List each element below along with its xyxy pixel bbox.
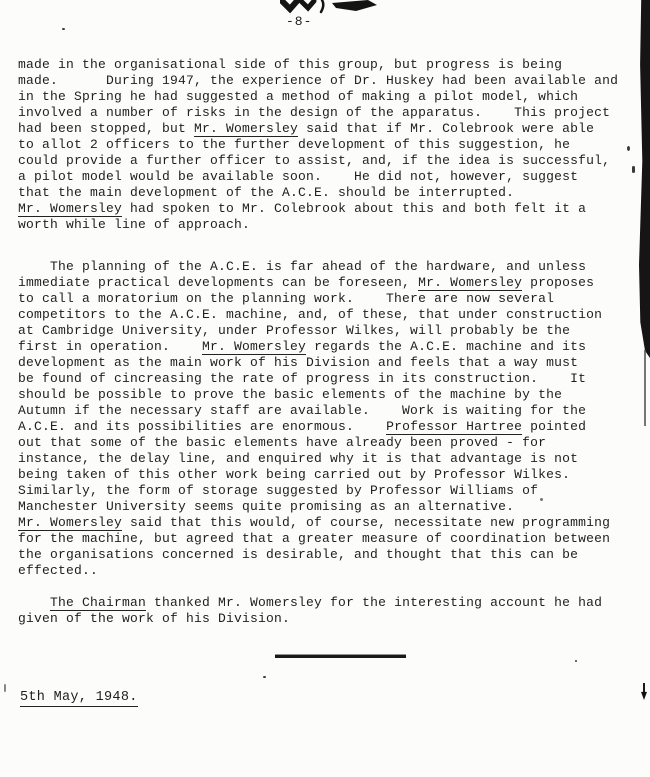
text-line: The planning of the A.C.E. is far ahead … [18,259,634,275]
document-text: made in the organisational side of this … [18,57,634,627]
text-line: immediate practical developments can be … [18,275,634,291]
text-line: first in operation. Mr. Womersley regard… [18,339,634,355]
text-line: The Chairman thanked Mr. Womersley for t… [18,595,634,611]
text-segment: to allot 2 officers to the further devel… [18,137,570,152]
ink-arrow-mark [641,683,647,700]
text-segment: at Cambridge University, under Professor… [18,323,570,338]
text-line: the organisations concerned is desirable… [18,547,634,563]
paragraph: The planning of the A.C.E. is far ahead … [18,259,634,579]
text-line: made. During 1947, the experience of Dr.… [18,73,634,89]
document-page: -8- made in the organisational side of t… [0,0,650,777]
text-segment: worth while line of approach. [18,217,250,232]
text-segment: being taken of this other work being car… [18,467,570,482]
text-line: a pilot model would be available soon. H… [18,169,634,185]
text-segment [18,595,50,610]
text-line: given of the work of his Division. [18,611,634,627]
section-divider-rule [275,655,406,658]
document-date: 5th May, 1948. [20,690,138,707]
text-segment: a pilot model would be available soon. H… [18,169,578,184]
text-line: worth while line of approach. [18,217,634,233]
text-line: Mr. Womersley said that this would, of c… [18,515,634,531]
text-segment: immediate practical developments can be … [18,275,418,290]
text-line: for the machine, but agreed that a great… [18,531,634,547]
text-segment: thanked Mr. Womersley for the interestin… [146,595,602,610]
text-line: in the Spring he had suggested a method … [18,89,634,105]
text-segment: to call a moratorium on the planning wor… [18,291,554,306]
paragraph: The Chairman thanked Mr. Womersley for t… [18,595,634,627]
text-line: be found of cincreasing the rate of prog… [18,371,634,387]
underlined-text: Mr. Womersley [18,515,122,531]
text-segment: the organisations concerned is desirable… [18,547,578,562]
page-number: -8- [286,14,312,29]
ink-speck [263,676,266,678]
text-segment: said that if Mr. Colebrook were able [298,121,594,136]
ink-speck [540,498,543,501]
text-segment: Similarly, the form of storage suggested… [18,483,538,498]
text-line: to call a moratorium on the planning wor… [18,291,634,307]
underlined-text: Mr. Womersley [418,275,522,291]
text-segment: be found of cincreasing the rate of prog… [18,371,586,386]
text-line: made in the organisational side of this … [18,57,634,73]
text-segment: in the Spring he had suggested a method … [18,89,578,104]
text-segment: for the machine, but agreed that a great… [18,531,610,546]
text-segment: regards the A.C.E. machine and its [306,339,586,354]
text-segment: should be possible to prove the basic el… [18,387,562,402]
text-segment: first in operation. [18,339,202,354]
text-segment: Manchester University seems quite promis… [18,499,514,514]
text-segment: had spoken to Mr. Colebrook about this a… [122,201,586,216]
text-segment: could provide a further officer to assis… [18,153,610,168]
underlined-text: The Chairman [50,595,146,611]
text-segment: instance, the delay line, and enquired w… [18,451,578,466]
text-line: to allot 2 officers to the further devel… [18,137,634,153]
text-line: being taken of this other work being car… [18,467,634,483]
text-segment: effected.. [18,563,98,578]
text-segment: had been stopped, but [18,121,194,136]
ink-speck [632,166,635,173]
scan-edge-band [639,0,650,358]
text-line: involved a number of risks in the design… [18,105,634,121]
text-line: Autumn if the necessary staff are availa… [18,403,634,419]
text-line: instance, the delay line, and enquired w… [18,451,634,467]
text-segment: Autumn if the necessary staff are availa… [18,403,586,418]
scan-edge-line [644,350,646,426]
text-line: had been stopped, but Mr. Womersley said… [18,121,634,137]
text-segment: competitors to the A.C.E. machine, and, … [18,307,602,322]
text-line: that the main development of the A.C.E. … [18,185,634,201]
text-segment: The planning of the A.C.E. is far ahead … [18,259,586,274]
text-line: should be possible to prove the basic el… [18,387,634,403]
text-segment: involved a number of risks in the design… [18,105,610,120]
text-segment: given of the work of his Division. [18,611,290,626]
text-line: effected.. [18,563,634,579]
underlined-text: Mr. Womersley [18,201,122,217]
text-segment: A.C.E. and its possibilities are enormou… [18,419,386,434]
text-segment: development as the main work of his Divi… [18,355,578,370]
text-segment: made in the organisational side of this … [18,57,562,72]
text-segment: pointed [522,419,586,434]
text-segment: out that some of the basic elements have… [18,435,546,450]
text-line: development as the main work of his Divi… [18,355,634,371]
text-line: Manchester University seems quite promis… [18,499,634,515]
ink-speck [575,660,577,662]
text-segment: that the main development of the A.C.E. … [18,185,514,200]
handwriting-mark [280,0,382,14]
text-line: competitors to the A.C.E. machine, and, … [18,307,634,323]
underlined-text: Mr. Womersley [194,121,298,137]
text-line: could provide a further officer to assis… [18,153,634,169]
text-segment: said that this would, of course, necessi… [122,515,610,530]
text-line: Similarly, the form of storage suggested… [18,483,634,499]
text-line: at Cambridge University, under Professor… [18,323,634,339]
text-segment: made. During 1947, the experience of Dr.… [18,73,618,88]
ink-speck [627,146,630,151]
text-line: Mr. Womersley had spoken to Mr. Colebroo… [18,201,634,217]
ink-speck [4,684,6,692]
underlined-text: Professor Hartree [386,419,522,435]
text-line: A.C.E. and its possibilities are enormou… [18,419,634,435]
ink-speck [62,28,65,30]
underlined-text: Mr. Womersley [202,339,306,355]
text-segment: proposes [522,275,594,290]
text-line: out that some of the basic elements have… [18,435,634,451]
paragraph: made in the organisational side of this … [18,57,634,233]
